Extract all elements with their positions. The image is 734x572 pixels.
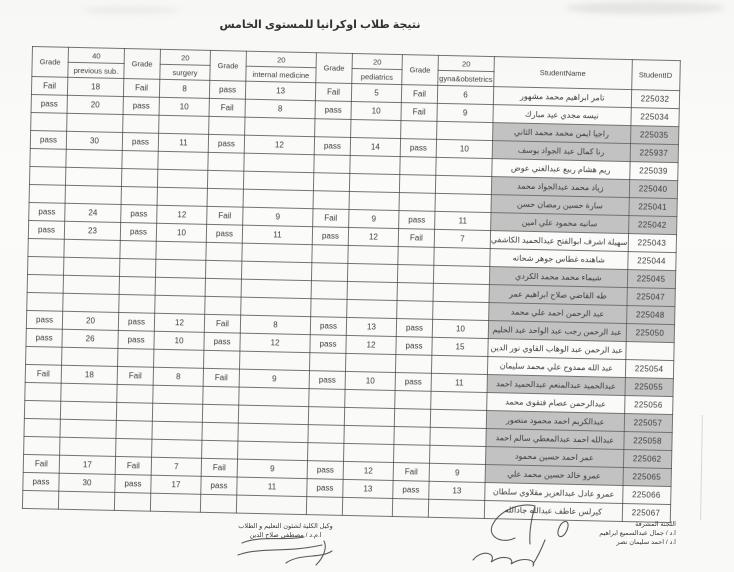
mark-cell: 18 [61, 365, 117, 384]
grade-result-cell [118, 348, 154, 367]
mark-cell: 9 [437, 103, 493, 122]
grade-result-cell [22, 490, 58, 509]
student-id-cell: 225056 [624, 396, 672, 415]
mark-cell: 7 [151, 457, 201, 476]
grade-result-cell [309, 389, 345, 408]
student-id-cell: 225048 [626, 306, 674, 325]
grade-result-cell: Fail [313, 209, 349, 228]
mark-cell: 15 [432, 337, 488, 356]
mark-cell [347, 299, 397, 318]
grade-result-cell [308, 425, 344, 444]
grade-result-cell: Fail [25, 364, 61, 383]
grade-result-cell [119, 276, 155, 295]
grade-result-cell [121, 168, 157, 187]
student-id-cell: 225055 [625, 378, 673, 397]
mark-cell [345, 353, 395, 372]
mark-cell [349, 191, 399, 210]
grade-result-cell: pass [399, 211, 435, 230]
mark-cell: 12 [240, 333, 310, 353]
mark-cell: 9 [429, 463, 485, 482]
grade-result-cell [114, 492, 150, 511]
mark-cell [430, 409, 486, 428]
grade-result-cell: pass [121, 204, 157, 223]
mark-cell [349, 173, 399, 192]
mark-cell [433, 265, 489, 284]
col-header-surgery: surgery [160, 64, 210, 80]
grade-result-cell: pass [122, 132, 158, 151]
grade-result-cell: Fail [115, 456, 151, 475]
grade-result-cell: pass [26, 310, 62, 329]
grade-result-cell [395, 391, 431, 410]
grade-result-cell [207, 188, 243, 207]
mark-cell: 9 [239, 369, 309, 389]
mark-cell: 7 [434, 229, 490, 248]
mark-cell: 13 [343, 479, 393, 498]
mark-cell [435, 175, 491, 194]
grade-result-cell: Fail [201, 458, 237, 477]
grade-result-cell [25, 382, 61, 401]
grade-result-cell: pass [26, 328, 62, 347]
grade-result-cell: pass [118, 312, 154, 331]
student-id-cell: 225065 [623, 467, 671, 486]
grade-result-cell [205, 296, 241, 315]
grade-result-cell [24, 436, 60, 455]
mark-cell [155, 259, 205, 278]
grade-result-cell: pass [393, 480, 429, 499]
grade-result-cell: pass [396, 337, 432, 356]
grade-result-cell [394, 426, 430, 445]
grade-result-cell: pass [115, 474, 151, 493]
col-header-max-pediatrics: 20 [352, 53, 402, 69]
mark-cell [243, 189, 313, 209]
grade-result-cell [398, 247, 434, 266]
mark-cell: 10 [156, 223, 206, 242]
grade-result-cell [30, 148, 66, 167]
mark-cell [431, 391, 487, 410]
committee-title: اللجنة المشرفة [556, 520, 676, 529]
mark-cell: 20 [67, 95, 123, 114]
grade-result-cell [28, 238, 64, 257]
mark-cell: 10 [432, 319, 488, 338]
grade-result-cell [116, 438, 152, 457]
student-id-cell: 225057 [624, 414, 672, 433]
mark-cell [159, 115, 209, 134]
mark-cell [64, 239, 120, 258]
grade-result-cell [311, 299, 347, 318]
grade-result-cell [29, 166, 65, 185]
mark-cell: 11 [435, 211, 491, 230]
mark-cell [347, 281, 397, 300]
grade-result-cell [202, 404, 238, 423]
grade-result-cell [397, 301, 433, 320]
col-header-grade-1: Grade [32, 47, 69, 78]
mark-cell: 9 [243, 207, 313, 227]
mark-cell [238, 441, 308, 461]
mark-cell [152, 403, 202, 422]
grade-result-cell [394, 444, 430, 463]
grade-result-cell: pass [209, 80, 245, 99]
results-table: Grade 40 Grade 20 Grade 20 Grade 20 Grad… [22, 46, 680, 523]
grade-result-cell [121, 186, 157, 205]
mark-cell [61, 383, 117, 402]
mark-cell: 12 [343, 461, 393, 480]
grade-result-cell [207, 170, 243, 189]
grade-result-cell [395, 355, 431, 374]
mark-cell: 12 [346, 335, 396, 354]
grade-result-cell [313, 191, 349, 210]
col-header-student-name: StudentName [494, 57, 632, 90]
col-header-internal-medicine: internal medicine [246, 66, 316, 83]
mark-cell [157, 187, 207, 206]
grade-result-cell [119, 294, 155, 313]
mark-cell: 18 [67, 77, 123, 96]
mark-cell: 11 [431, 373, 487, 392]
student-id-cell [625, 342, 673, 361]
mark-cell [157, 169, 207, 188]
mark-cell [236, 495, 306, 515]
col-header-max-gyna: 20 [438, 55, 494, 71]
col-header-max-surgery: 20 [160, 49, 210, 65]
grade-result-cell [24, 400, 60, 419]
grade-result-cell [208, 152, 244, 171]
mark-cell [60, 401, 116, 420]
grade-result-cell [311, 263, 347, 282]
grade-result-cell [309, 353, 345, 372]
committee-block: اللجنة المشرفة ا.د / جمال عبدالسميع ابرا… [556, 520, 676, 547]
grade-result-cell [308, 407, 344, 426]
committee-member-1: ا.د / جمال عبدالسميع ابراهيم [556, 529, 676, 538]
page-title: نتيجة طلاب اوكرانيا للمستوى الخامس [200, 18, 440, 31]
student-id-cell: 225035 [630, 126, 678, 145]
grade-result-cell [204, 350, 240, 369]
grade-result-cell: Fail [203, 368, 239, 387]
mark-cell [67, 113, 123, 132]
mark-cell [62, 347, 118, 366]
mark-cell [435, 193, 491, 212]
student-id-cell: 225040 [629, 180, 677, 199]
grade-result-cell: pass [204, 332, 240, 351]
mark-cell [58, 491, 114, 510]
grade-result-cell [392, 498, 428, 517]
student-id-cell: 225045 [627, 270, 675, 289]
grade-result-cell: Fail [23, 454, 59, 473]
grade-result-cell [200, 494, 236, 513]
mark-cell [245, 117, 315, 137]
mark-cell: 10 [159, 97, 209, 116]
grade-result-cell: pass [120, 222, 156, 241]
mark-cell: 6 [437, 85, 493, 104]
col-header-pediatrics: pediatrics [352, 68, 402, 84]
student-id-cell: 225032 [631, 90, 679, 109]
grade-result-cell: pass [396, 319, 432, 338]
mark-cell [431, 355, 487, 374]
grade-result-cell: Fail [401, 85, 437, 104]
mark-cell [344, 443, 394, 462]
student-id-cell: 225050 [626, 324, 674, 343]
grade-result-cell [397, 283, 433, 302]
grade-result-cell: Fail [123, 79, 159, 98]
grade-result-cell [313, 173, 349, 192]
mark-cell [429, 445, 485, 464]
mark-cell: 10 [436, 139, 492, 158]
grade-result-cell [315, 119, 351, 138]
mark-cell: 10 [351, 101, 401, 120]
grade-result-cell: pass [315, 101, 351, 120]
student-id-cell: 225034 [630, 108, 678, 127]
grade-result-cell [31, 112, 67, 131]
grade-result-cell: Fail [117, 366, 153, 385]
student-id-cell: 225047 [626, 288, 674, 307]
grade-result-cell [29, 184, 65, 203]
mark-cell [153, 385, 203, 404]
mark-cell [347, 263, 397, 282]
student-id-cell: 225044 [627, 252, 675, 271]
committee-member-2: ا.د / احمد سليمان نصر [556, 538, 676, 547]
grade-result-cell: pass [29, 202, 65, 221]
mark-cell [152, 439, 202, 458]
mark-cell [156, 241, 206, 260]
grade-result-cell: Fail [207, 206, 243, 225]
mark-cell [60, 437, 116, 456]
grade-result-cell: pass [307, 461, 343, 480]
grade-result-cell [27, 292, 63, 311]
mark-cell [348, 245, 398, 264]
grade-result-cell [203, 386, 239, 405]
col-header-grade-3: Grade [210, 50, 247, 81]
mark-cell: 12 [157, 205, 207, 224]
grade-result-cell [314, 155, 350, 174]
mark-cell [63, 293, 119, 312]
mark-cell: 12 [154, 313, 204, 332]
student-id-cell: 225039 [629, 162, 677, 181]
mark-cell [241, 279, 311, 299]
mark-cell: 12 [244, 135, 314, 155]
mark-cell: 17 [59, 455, 115, 474]
grade-result-cell: pass [28, 220, 64, 239]
dean-title: وكيل الكلية لشئون التعليم و الطلاب [228, 522, 343, 531]
grade-result-cell: Fail [401, 103, 437, 122]
grade-result-cell [119, 258, 155, 277]
mark-cell [344, 425, 394, 444]
col-header-student-id: StudentID [631, 60, 680, 91]
student-id-cell: 225062 [623, 449, 671, 468]
mark-cell: 10 [154, 331, 204, 350]
mark-cell [344, 407, 394, 426]
mark-cell [65, 167, 121, 186]
mark-cell: 11 [158, 133, 208, 152]
col-header-gyna-obstetrics: gyna&obstetrics [438, 70, 494, 86]
mark-cell [345, 389, 395, 408]
grade-result-cell: pass [23, 472, 59, 491]
grade-result-cell: Fail [31, 77, 67, 96]
student-id-cell: 225066 [622, 485, 670, 504]
mark-cell [154, 349, 204, 368]
mark-cell: 30 [66, 131, 122, 150]
grade-result-cell [122, 150, 158, 169]
mark-cell: 13 [346, 317, 396, 336]
mark-cell [238, 423, 308, 443]
grade-result-cell [26, 346, 62, 365]
grade-result-cell [399, 175, 435, 194]
grade-result-cell [120, 240, 156, 259]
grade-result-cell: Fail [398, 229, 434, 248]
grade-result-cell: pass [30, 130, 66, 149]
grade-result-cell [202, 440, 238, 459]
mark-cell [66, 149, 122, 168]
mark-cell: 9 [349, 209, 399, 228]
col-header-grade-4: Grade [316, 53, 353, 84]
mark-cell [241, 261, 311, 281]
mark-cell: 17 [151, 475, 201, 494]
col-header-previous-sub: previous sub. [68, 62, 124, 78]
grade-result-cell: pass [310, 317, 346, 336]
mark-cell: 8 [153, 367, 203, 386]
scan-smudge-top-right [565, 2, 725, 14]
grade-result-cell [206, 242, 242, 261]
mark-cell [241, 297, 311, 317]
grade-result-cell [397, 265, 433, 284]
col-header-grade-2: Grade [124, 49, 161, 80]
grade-result-cell [123, 115, 159, 134]
mark-cell: 23 [64, 221, 120, 240]
grade-result-cell: pass [310, 335, 346, 354]
mark-cell [342, 497, 392, 516]
grade-result-cell: Fail [204, 314, 240, 333]
grade-result-cell [394, 408, 430, 427]
mark-cell: 20 [62, 311, 118, 330]
mark-cell: 30 [59, 473, 115, 492]
grade-result-cell [205, 278, 241, 297]
mark-cell [63, 275, 119, 294]
grade-result-cell: pass [208, 134, 244, 153]
mark-cell: 11 [242, 225, 312, 245]
mark-cell [150, 493, 200, 512]
student-id-cell: 225041 [628, 198, 676, 217]
grade-result-cell: pass [206, 224, 242, 243]
mark-cell: 14 [350, 137, 400, 156]
student-id-cell: 225058 [623, 432, 671, 451]
student-id-cell: 225054 [625, 360, 673, 379]
grade-result-cell [306, 497, 342, 516]
grade-result-cell: pass [201, 476, 237, 495]
scan-fold-line [700, 415, 703, 520]
grade-result-cell: pass [31, 94, 67, 113]
grade-result-cell: pass [123, 97, 159, 116]
grade-result-cell [28, 256, 64, 275]
grade-result-cell: pass [312, 227, 348, 246]
dean-name: ا.م.د / مصطفى صلاح الدين [228, 531, 343, 540]
grade-result-cell: Fail [315, 83, 351, 102]
grade-result-cell: pass [314, 137, 350, 156]
grade-result-cell [24, 418, 60, 437]
mark-cell [155, 277, 205, 296]
grade-result-cell: Fail [393, 462, 429, 481]
mark-cell [433, 301, 489, 320]
mark-cell: 24 [65, 203, 121, 222]
mark-cell [155, 295, 205, 314]
grade-result-cell [311, 281, 347, 300]
grade-result-cell [116, 420, 152, 439]
mark-cell [434, 247, 490, 266]
student-id-cell: 225042 [628, 216, 676, 235]
mark-cell [239, 387, 309, 407]
mark-cell [242, 243, 312, 263]
mark-cell [350, 155, 400, 174]
results-body: Fail18Fail8pass13Fail5Fail6تامر ابراهيم … [22, 77, 679, 523]
col-header-max-internal: 20 [246, 51, 316, 68]
scan-smudge-top-left [80, 6, 180, 14]
student-id-cell: 225043 [628, 234, 676, 253]
mark-cell: 10 [345, 371, 395, 390]
grade-result-cell [399, 193, 435, 212]
student-id-cell: 225937 [630, 144, 678, 163]
mark-cell: 12 [348, 227, 398, 246]
mark-cell: 13 [245, 81, 315, 101]
mark-cell [64, 257, 120, 276]
mark-cell [238, 405, 308, 425]
grade-result-cell [401, 121, 437, 140]
col-header-grade-5: Grade [402, 55, 439, 86]
grade-result-cell: pass [395, 373, 431, 392]
grade-result-cell [308, 443, 344, 462]
mark-cell [244, 153, 314, 173]
mark-cell [240, 351, 310, 371]
mark-cell [433, 283, 489, 302]
mark-cell: 8 [240, 315, 310, 335]
mark-cell: 5 [351, 83, 401, 102]
grade-result-cell: pass [400, 139, 436, 158]
mark-cell [158, 151, 208, 170]
mark-cell [243, 171, 313, 191]
mark-cell [60, 419, 116, 438]
dean-block: وكيل الكلية لشئون التعليم و الطلاب ا.م.د… [228, 522, 343, 540]
grade-result-cell: Fail [209, 98, 245, 117]
mark-cell [430, 427, 486, 446]
mark-cell: 9 [237, 459, 307, 479]
grade-result-cell [202, 422, 238, 441]
grade-result-cell [27, 274, 63, 293]
grade-result-cell [312, 245, 348, 264]
grade-result-cell: pass [307, 479, 343, 498]
mark-cell: 26 [62, 329, 118, 348]
mark-cell [436, 157, 492, 176]
grade-result-cell [400, 157, 436, 176]
mark-cell [65, 185, 121, 204]
mark-cell: 8 [245, 99, 315, 119]
grade-result-cell [209, 116, 245, 135]
grade-result-cell: pass [118, 330, 154, 349]
mark-cell [152, 421, 202, 440]
grade-result-cell [205, 260, 241, 279]
col-header-max-previous: 40 [68, 47, 124, 63]
grade-result-cell: pass [309, 371, 345, 390]
grade-result-cell [116, 402, 152, 421]
mark-cell: 8 [159, 79, 209, 98]
mark-cell [351, 119, 401, 138]
mark-cell [437, 121, 493, 140]
grade-result-cell [117, 384, 153, 403]
mark-cell: 11 [237, 477, 307, 497]
